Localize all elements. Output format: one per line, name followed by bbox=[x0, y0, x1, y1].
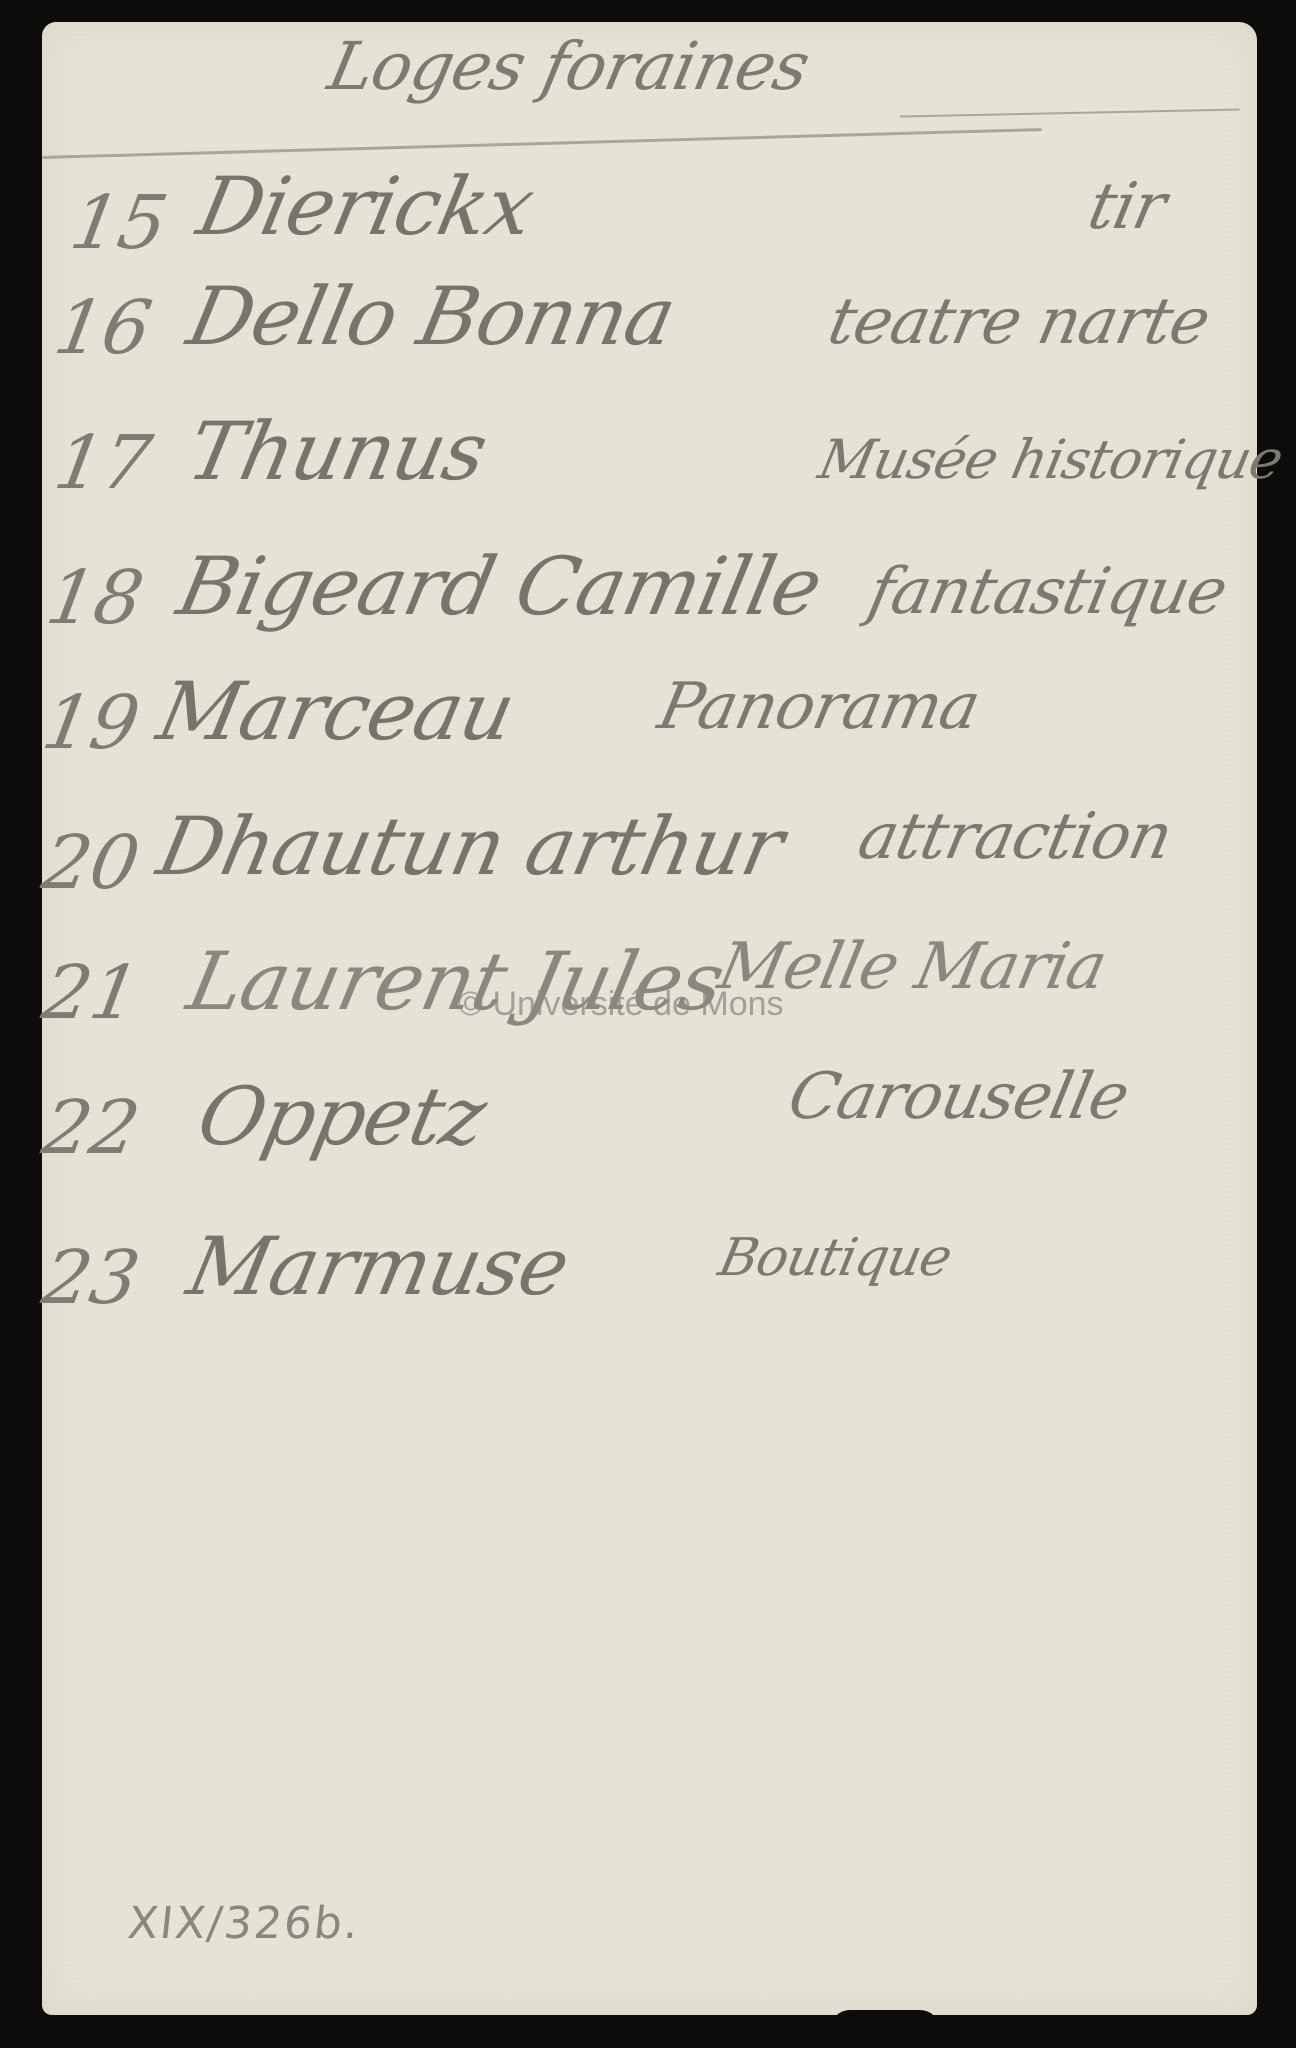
entry-name: Oppetz bbox=[190, 1070, 493, 1163]
entry-number: 23 bbox=[36, 1235, 145, 1321]
paper-tear bbox=[830, 2010, 940, 2030]
entry-number: 21 bbox=[36, 950, 145, 1036]
entry-name: Bigeard Camille bbox=[170, 540, 829, 633]
entry-name: Marceau bbox=[150, 665, 522, 758]
entry-number: 18 bbox=[40, 555, 149, 641]
entry-number: 15 bbox=[64, 180, 173, 266]
entry-description: fantastique bbox=[862, 555, 1233, 629]
entry-description: Panorama bbox=[652, 670, 985, 744]
entry-name: Dello Bonna bbox=[180, 270, 683, 363]
entry-description: Musée historique bbox=[813, 428, 1288, 491]
entry-number: 16 bbox=[48, 285, 157, 371]
entry-description: tir bbox=[1082, 170, 1172, 244]
entry-name: Dierickx bbox=[190, 160, 541, 253]
entry-number: 22 bbox=[36, 1085, 145, 1171]
entry-name: Marmuse bbox=[180, 1220, 576, 1313]
entry-description: Carouselle bbox=[782, 1060, 1135, 1134]
entry-name: Dhautun arthur bbox=[150, 800, 791, 893]
entry-name: Thunus bbox=[180, 405, 494, 498]
entry-description: teatre narte bbox=[822, 285, 1216, 359]
document-title: Loges foraines bbox=[322, 28, 816, 105]
entry-number: 20 bbox=[36, 820, 145, 906]
call-number: XIX/326b. bbox=[125, 1898, 362, 1949]
copyright-watermark: © Université de Mons bbox=[458, 985, 784, 1024]
entry-description: Boutique bbox=[714, 1228, 957, 1288]
entry-description: attraction bbox=[852, 800, 1178, 874]
entry-number: 17 bbox=[48, 420, 157, 506]
entry-number: 19 bbox=[36, 680, 145, 766]
